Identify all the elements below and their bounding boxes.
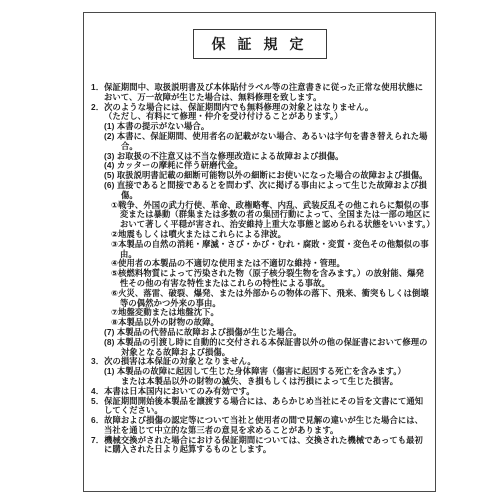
warranty-paragraph: (2) 本書に、保証期間、使用者名の記載がない場合、あるいは字句を書き替えられた… (91, 132, 431, 152)
warranty-paragraph: ③本製品の自然の消耗・摩滅・さび・かび・むれ・腐敗・変質・変色その他類似の事由。 (91, 240, 431, 260)
warranty-body: 1．保証期間中、取扱説明書及び本体貼付ラベル等の注意書きに従った正常な使用状態に… (91, 83, 431, 455)
warranty-paragraph: 5．保証期間開始後本製品を譲渡する場合には、あらかじめ当社にその旨を文書にて通知… (91, 397, 431, 417)
document-title-box: 保証規定 (193, 29, 327, 59)
page-title: 保証規定 (212, 36, 316, 52)
warranty-paragraph: 1．保証期間中、取扱説明書及び本体貼付ラベル等の注意書きに従った正常な使用状態に… (91, 83, 431, 103)
warranty-document-page: 保証規定 1．保証期間中、取扱説明書及び本体貼付ラベル等の注意書きに従った正常な… (0, 0, 500, 500)
warranty-paragraph: ⑤核燃料物質によって汚染された物（原子核分裂生物を含みます。）の放射能、爆発性そ… (91, 269, 431, 289)
warranty-paragraph: ⑥火災、落雷、破裂、爆発、または外部からの物体の落下、飛来、衝突もしくは倒壊等の… (91, 289, 431, 309)
warranty-paragraph: ①戦争、外国の武力行使、革命、政権略奪、内乱、武装反乱その他これらに類似の事変ま… (91, 201, 431, 230)
warranty-paragraph: 6．故障および損傷の認定等について当社と使用者の間で見解の違いが生じた場合には、… (91, 416, 431, 436)
warranty-paragraph: 7．機械交換がされた場合における保証期間については、交換された機械であっても最初… (91, 436, 431, 456)
warranty-paragraph: (8) 本製品の引渡し時に自動的に交付される本保証書以外の他の保証書において修理… (91, 338, 431, 358)
document-border-frame: 保証規定 1．保証期間中、取扱説明書及び本体貼付ラベル等の注意書きに従った正常な… (83, 12, 436, 492)
warranty-paragraph: (6) 直接であると間接であるとを問わず、次に掲げる事由によって生じた故障および… (91, 181, 431, 201)
